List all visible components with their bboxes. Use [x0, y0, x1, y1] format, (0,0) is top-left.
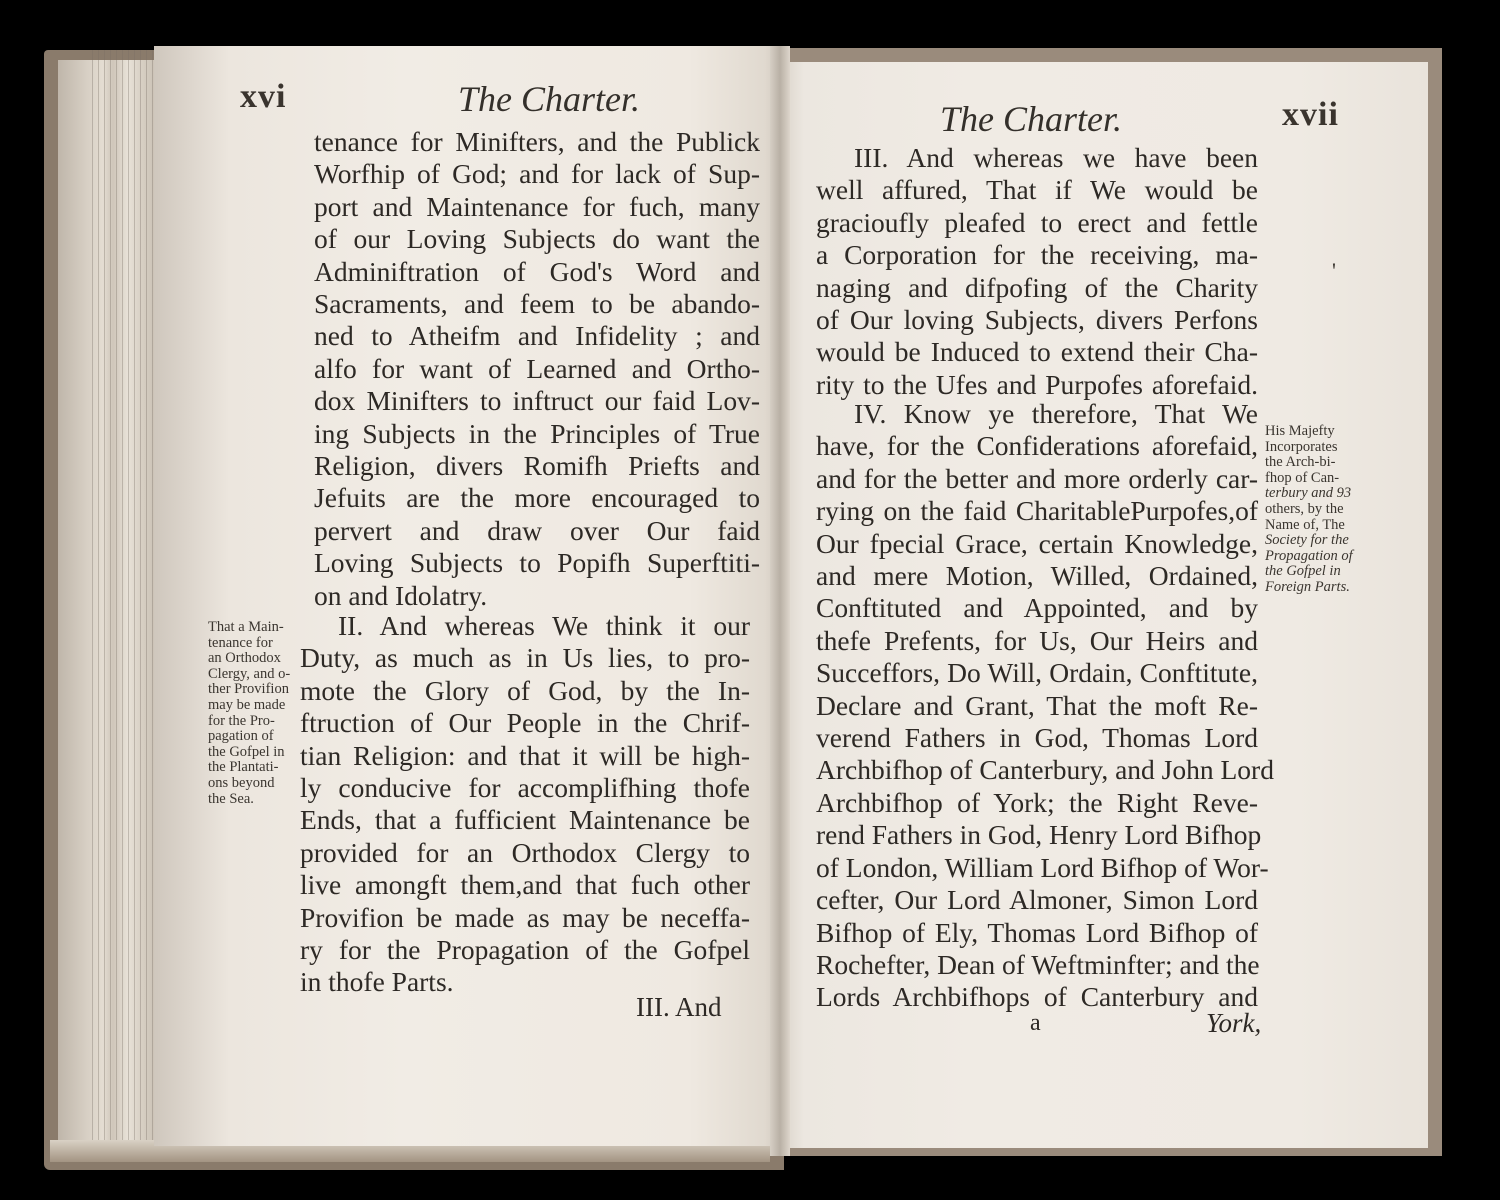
text-line: provided for an Orthodox Clergy to — [300, 837, 750, 869]
catchword-right: York, — [1206, 1008, 1261, 1039]
left-body-text: tenance for Minifters, and the Publick W… — [314, 126, 760, 612]
text-line: rend Fathers in God, Henry Lord Bifhop — [816, 819, 1258, 851]
text-line: rity to the Ufes and Purpofes aforefaid. — [816, 369, 1258, 401]
text-line: cefter, Our Lord Almoner, Simon Lord — [816, 884, 1258, 916]
text-line: Ends, that a fufficient Maintenance be — [300, 804, 750, 836]
text-line: a Corporation for the receiving, ma- — [816, 239, 1258, 271]
left-marginal-note: That a Main- tenance for an Orthodox Cle… — [208, 620, 290, 807]
text-line: Provifion be made as may be neceffa- — [300, 902, 750, 934]
marginal-line: others, by the — [1265, 502, 1353, 518]
right-section-iv: IV. Know ye therefore, That We have, for… — [816, 398, 1258, 1014]
text-line: pervert and draw over Our faid — [314, 515, 760, 547]
marginal-line: the Arch-bi- — [1265, 455, 1353, 471]
text-line: tenance for Minifters, and the Publick — [314, 126, 760, 158]
text-line: Rochefter, Dean of Weftminfter; and the — [816, 949, 1258, 981]
text-line: alfo for want of Learned and Ortho- — [314, 353, 760, 385]
text-line: port and Maintenance for fuch, many — [314, 191, 760, 223]
text-line: gracioufly pleafed to erect and fettle — [816, 207, 1258, 239]
marginal-line: Foreign Parts. — [1265, 580, 1353, 596]
section-heading-line: III. And whereas we have been — [816, 142, 1258, 174]
text-line: ned to Atheifm and Infidelity ; and — [314, 320, 760, 352]
marginal-line: That a Main- — [208, 620, 290, 636]
text-line: ry for the Propagation of the Gofpel — [300, 934, 750, 966]
text-line: mote the Glory of God, by the In- — [300, 675, 750, 707]
catchword-left: III. And — [636, 992, 721, 1023]
marginal-line: Name of, The — [1265, 518, 1353, 534]
right-marginal-note: His Majefty Incorporates the Arch-bi- fh… — [1265, 424, 1353, 596]
text-line: verend Fathers in God, Thomas Lord — [816, 722, 1258, 754]
text-line: Lords Archbifhops of Canterbury and — [816, 981, 1258, 1013]
running-head-right: The Charter. — [940, 98, 1122, 140]
marginal-line: His Majefty — [1265, 424, 1353, 440]
marginal-line: an Orthodox — [208, 651, 290, 667]
marginal-line: may be made — [208, 698, 290, 714]
stray-ink-mark: ' — [1332, 258, 1336, 284]
text-line: Religion, divers Romifh Priefts and — [314, 450, 760, 482]
text-line: and for the better and more orderly car- — [816, 463, 1258, 495]
marginal-line: the Gofpel in — [208, 745, 290, 761]
marginal-line: fhop of Can- — [1265, 471, 1353, 487]
marginal-line: for the Pro- — [208, 714, 290, 730]
text-line: live amongft them,and that fuch other — [300, 869, 750, 901]
text-line: have, for the Confiderations aforefaid, — [816, 430, 1258, 462]
text-line: Declare and Grant, That the moft Re- — [816, 690, 1258, 722]
open-book: xvi The Charter. tenance for Minifters, … — [0, 0, 1500, 1200]
signature-mark: a — [1030, 1010, 1041, 1037]
text-line: Duty, as much as in Us lies, to pro- — [300, 642, 750, 674]
text-line: ftruction of Our People in the Chrif- — [300, 707, 750, 739]
text-line: ing Subjects in the Principles of True — [314, 418, 760, 450]
text-line: Loving Subjects to Popifh Superftiti- — [314, 547, 760, 579]
text-line: thefe Prefents, for Us, Our Heirs and — [816, 625, 1258, 657]
marginal-line: Incorporates — [1265, 440, 1353, 456]
text-line: Archbifhop of Canterbury, and John Lord — [816, 754, 1258, 786]
text-line: of Our loving Subjects, divers Perfons — [816, 304, 1258, 336]
running-head-left: The Charter. — [458, 78, 640, 120]
text-line: Bifhop of Ely, Thomas Lord Bifhop of — [816, 917, 1258, 949]
marginal-line: ther Provifion — [208, 682, 290, 698]
text-line: Adminiftration of God's Word and — [314, 256, 760, 288]
text-line: Archbifhop of York; the Right Reve- — [816, 787, 1258, 819]
text-line: on and Idolatry. — [314, 580, 760, 612]
page-edge-lines — [92, 50, 154, 1150]
marginal-line: Clergy, and o- — [208, 667, 290, 683]
text-line: Conftituted and Appointed, and by — [816, 592, 1258, 624]
text-line: well affured, That if We would be — [816, 174, 1258, 206]
marginal-line: Society for the — [1265, 533, 1353, 549]
text-line: of our Loving Subjects do want the — [314, 223, 760, 255]
marginal-line: Propagation of — [1265, 549, 1353, 565]
marginal-line: ons beyond — [208, 776, 290, 792]
marginal-line: the Gofpel in — [1265, 564, 1353, 580]
marginal-line: pagation of — [208, 729, 290, 745]
right-section-iii: III. And whereas we have been well affur… — [816, 142, 1258, 401]
left-section-ii: II. And whereas We think it our Duty, as… — [300, 610, 750, 999]
text-line: Our fpecial Grace, certain Knowledge, — [816, 528, 1258, 560]
marginal-line: terbury and 93 — [1265, 486, 1353, 502]
marginal-line: the Sea. — [208, 792, 290, 808]
text-line: Sacraments, and feem to be abando- — [314, 288, 760, 320]
section-heading-line: IV. Know ye therefore, That We — [816, 398, 1258, 430]
text-line: tian Religion: and that it will be high- — [300, 740, 750, 772]
text-line: of London, William Lord Bifhop of Wor- — [816, 852, 1258, 884]
text-line: rying on the faid CharitablePurpofes,of — [816, 495, 1258, 527]
text-line: ly conducive for accomplifhing thofe — [300, 772, 750, 804]
book-gutter — [770, 46, 790, 1156]
marginal-line: tenance for — [208, 636, 290, 652]
text-line: Jefuits are the more encouraged to — [314, 482, 760, 514]
text-line: Succeffors, Do Will, Ordain, Conftitute, — [816, 657, 1258, 689]
marginal-line: the Plantati- — [208, 760, 290, 776]
text-line: and mere Motion, Willed, Ordained, — [816, 560, 1258, 592]
section-heading-line: II. And whereas We think it our — [300, 610, 750, 642]
page-number-left: xvi — [240, 78, 286, 116]
text-line: dox Minifters to inftruct our faid Lov- — [314, 385, 760, 417]
text-line: Worfhip of God; and for lack of Sup- — [314, 158, 760, 190]
text-line: naging and difpofing of the Charity — [816, 272, 1258, 304]
page-number-right: xvii — [1282, 96, 1339, 134]
text-line: would be Induced to extend their Cha- — [816, 336, 1258, 368]
